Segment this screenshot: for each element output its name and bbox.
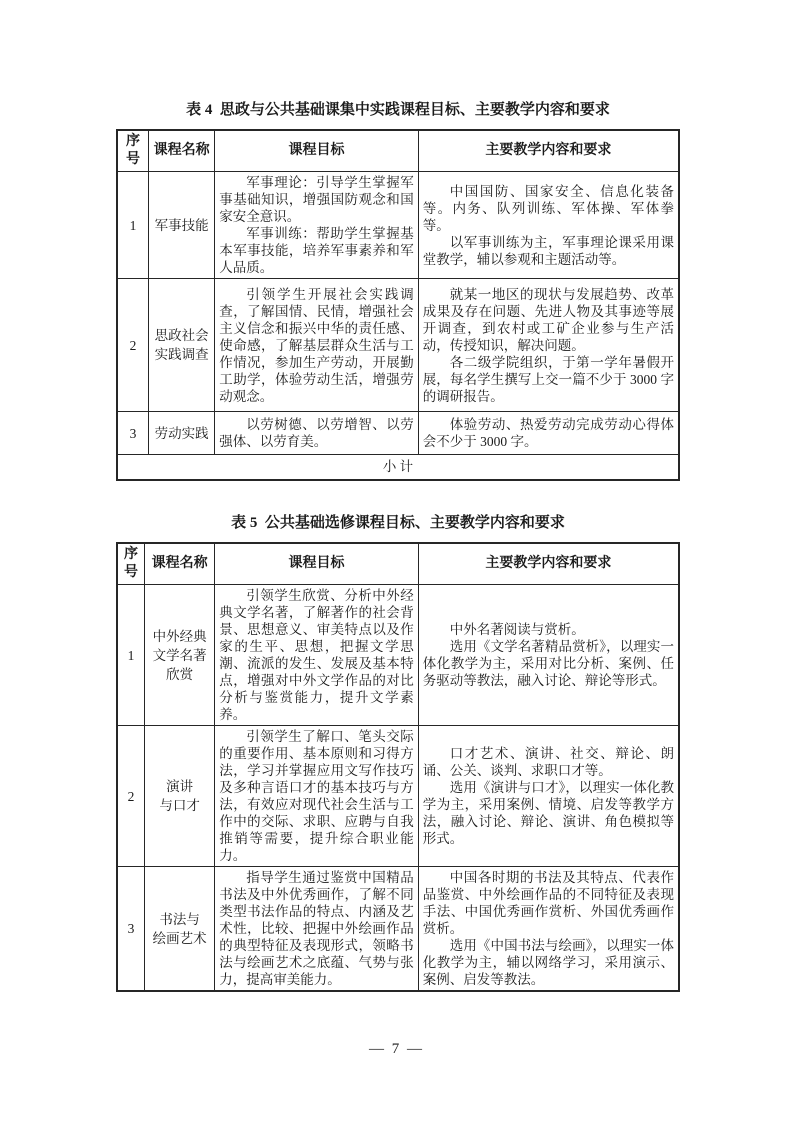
cell-teaching-content: 中国各时期的书法及其特点、代表作品鉴赏、中外绘画作品的不同特征及表现手法、中国优…: [418, 867, 679, 992]
objective-paragraph: 军事理论：引导学生掌握军事基础知识，增强国防观念和国家安全意识。: [219, 174, 413, 225]
cell-teaching-content: 中外名著阅读与赏析。 选用《文学名著精品赏析》，以理实一体化教学为主，采用对比分…: [418, 585, 679, 726]
table-row: 3 书法与 绘画艺术 指导学生通过鉴赏中国精品书法及中外优秀画作，了解不同类型书…: [117, 867, 679, 992]
cell-course-name: 军事技能: [148, 172, 214, 279]
header-content: 主要教学内容和要求: [418, 543, 679, 585]
table-row: 2 演讲 与口才 引领学生了解口、笔头交际的重要作用、基本原则和习得方法，学习并…: [117, 726, 679, 867]
subtotal-label: 小 计: [117, 455, 679, 480]
cell-index: 3: [117, 412, 148, 455]
table4-section: 表 4 思政与公共基础课集中实践课程目标、主要教学内容和要求 序号 课程名称 课…: [116, 101, 680, 481]
header-course-name: 课程名称: [145, 543, 215, 585]
cell-index: 3: [117, 867, 145, 992]
header-objective: 课程目标: [215, 543, 418, 585]
cell-index: 2: [117, 279, 148, 412]
table4-caption: 表 4 思政与公共基础课集中实践课程目标、主要教学内容和要求: [116, 101, 680, 120]
header-content: 主要教学内容和要求: [418, 130, 679, 172]
table5-section: 表 5 公共基础选修课程目标、主要教学内容和要求 序 号 课程名称 课程目标 主…: [116, 514, 680, 993]
cell-teaching-content: 就某一地区的现状与发展趋势、改革成果及存在问题、先进人物及其事迹等展开调查，到农…: [418, 279, 679, 412]
document-page: 表 4 思政与公共基础课集中实践课程目标、主要教学内容和要求 序号 课程名称 课…: [0, 0, 793, 1122]
cell-objective: 以劳树德、以劳增智、以劳强体、以劳育美。: [215, 412, 418, 455]
cell-objective: 引领学生开展社会实践调查，了解国情、民情，增强社会主义信念和振兴中华的责任感、使…: [215, 279, 418, 412]
table5-caption: 表 5 公共基础选修课程目标、主要教学内容和要求: [116, 514, 680, 533]
table4: 序号 课程名称 课程目标 主要教学内容和要求 1 军事技能 军事理论：引导学生掌…: [116, 129, 680, 481]
cell-objective: 指导学生通过鉴赏中国精品书法及中外优秀画作，了解不同类型书法作品的特点、内涵及艺…: [215, 867, 418, 992]
objective-paragraph: 引领学生欣赏、分析中外经典文学名著，了解著作的社会背景、思想意义、审美特点以及作…: [219, 587, 413, 723]
cell-course-name: 书法与 绘画艺术: [145, 867, 215, 992]
cell-teaching-content: 中国国防、国家安全、信息化装备等。内务、队列训练、军体操、军体拳等。 以军事训练…: [418, 172, 679, 279]
cell-course-name: 中外经典 文学名著 欣赏: [145, 585, 215, 726]
table4-header-row: 序号 课程名称 课程目标 主要教学内容和要求: [117, 130, 679, 172]
cell-course-name: 思政社会 实践调查: [148, 279, 214, 412]
cell-objective: 军事理论：引导学生掌握军事基础知识，增强国防观念和国家安全意识。 军事训练：帮助…: [215, 172, 418, 279]
cell-objective: 引领学生了解口、笔头交际的重要作用、基本原则和习得方法，学习并掌握应用文写作技巧…: [215, 726, 418, 867]
cell-index: 1: [117, 172, 148, 279]
content-paragraph: 选用《演讲与口才》，以理实一体化教学为主，采用案例、情境、启发等教学方法，融入讨…: [423, 779, 674, 847]
cell-teaching-content: 口才艺术、演讲、社交、辩论、朗诵、公关、谈判、求职口才等。 选用《演讲与口才》，…: [418, 726, 679, 867]
content-paragraph: 选用《中国书法与绘画》，以理实一体化教学为主，辅以网络学习，采用演示、案例、启发…: [423, 937, 674, 988]
content-paragraph: 选用《文学名著精品赏析》，以理实一体化教学为主，采用对比分析、案例、任务驱动等教…: [423, 638, 674, 689]
objective-paragraph: 指导学生通过鉴赏中国精品书法及中外优秀画作，了解不同类型书法作品的特点、内涵及艺…: [219, 869, 413, 988]
objective-paragraph: 引领学生了解口、笔头交际的重要作用、基本原则和习得方法，学习并掌握应用文写作技巧…: [219, 728, 413, 864]
content-paragraph: 中国各时期的书法及其特点、代表作品鉴赏、中外绘画作品的不同特征及表现手法、中国优…: [423, 869, 674, 937]
header-index: 序 号: [117, 543, 145, 585]
cell-course-name: 劳动实践: [148, 412, 214, 455]
content-paragraph: 以军事训练为主，军事理论课采用课堂教学，辅以参观和主题活动等。: [423, 234, 674, 268]
header-objective: 课程目标: [215, 130, 418, 172]
content-paragraph: 各二级学院组织，于第一学年暑假开展，每名学生撰写上交一篇不少于 3000 字的调…: [423, 354, 674, 405]
content-paragraph: 中国国防、国家安全、信息化装备等。内务、队列训练、军体操、军体拳等。: [423, 183, 674, 234]
content-paragraph: 口才艺术、演讲、社交、辩论、朗诵、公关、谈判、求职口才等。: [423, 745, 674, 779]
cell-index: 2: [117, 726, 145, 867]
content-paragraph: 就某一地区的现状与发展趋势、改革成果及存在问题、先进人物及其事迹等展开调查，到农…: [423, 286, 674, 354]
page-content: 表 4 思政与公共基础课集中实践课程目标、主要教学内容和要求 序号 课程名称 课…: [116, 0, 680, 992]
page-number: — 7 —: [0, 1041, 793, 1058]
subtotal-row: 小 计: [117, 455, 679, 480]
header-index: 序号: [117, 130, 148, 172]
table-row: 3 劳动实践 以劳树德、以劳增智、以劳强体、以劳育美。 体验劳动、热爱劳动完成劳…: [117, 412, 679, 455]
objective-paragraph: 引领学生开展社会实践调查，了解国情、民情，增强社会主义信念和振兴中华的责任感、使…: [219, 286, 413, 405]
cell-teaching-content: 体验劳动、热爱劳动完成劳动心得体会不少于 3000 字。: [418, 412, 679, 455]
table-row: 1 中外经典 文学名著 欣赏 引领学生欣赏、分析中外经典文学名著，了解著作的社会…: [117, 585, 679, 726]
cell-course-name: 演讲 与口才: [145, 726, 215, 867]
cell-index: 1: [117, 585, 145, 726]
content-paragraph: 体验劳动、热爱劳动完成劳动心得体会不少于 3000 字。: [423, 416, 674, 450]
content-paragraph: 中外名著阅读与赏析。: [423, 621, 674, 638]
objective-paragraph: 军事训练：帮助学生掌握基本军事技能，培养军事素养和军人品质。: [219, 225, 413, 276]
header-course-name: 课程名称: [148, 130, 214, 172]
table5-header-row: 序 号 课程名称 课程目标 主要教学内容和要求: [117, 543, 679, 585]
table5: 序 号 课程名称 课程目标 主要教学内容和要求 1 中外经典 文学名著 欣赏 引…: [116, 542, 680, 993]
table-row: 1 军事技能 军事理论：引导学生掌握军事基础知识，增强国防观念和国家安全意识。 …: [117, 172, 679, 279]
cell-objective: 引领学生欣赏、分析中外经典文学名著，了解著作的社会背景、思想意义、审美特点以及作…: [215, 585, 418, 726]
table-row: 2 思政社会 实践调查 引领学生开展社会实践调查，了解国情、民情，增强社会主义信…: [117, 279, 679, 412]
objective-paragraph: 以劳树德、以劳增智、以劳强体、以劳育美。: [219, 416, 413, 450]
